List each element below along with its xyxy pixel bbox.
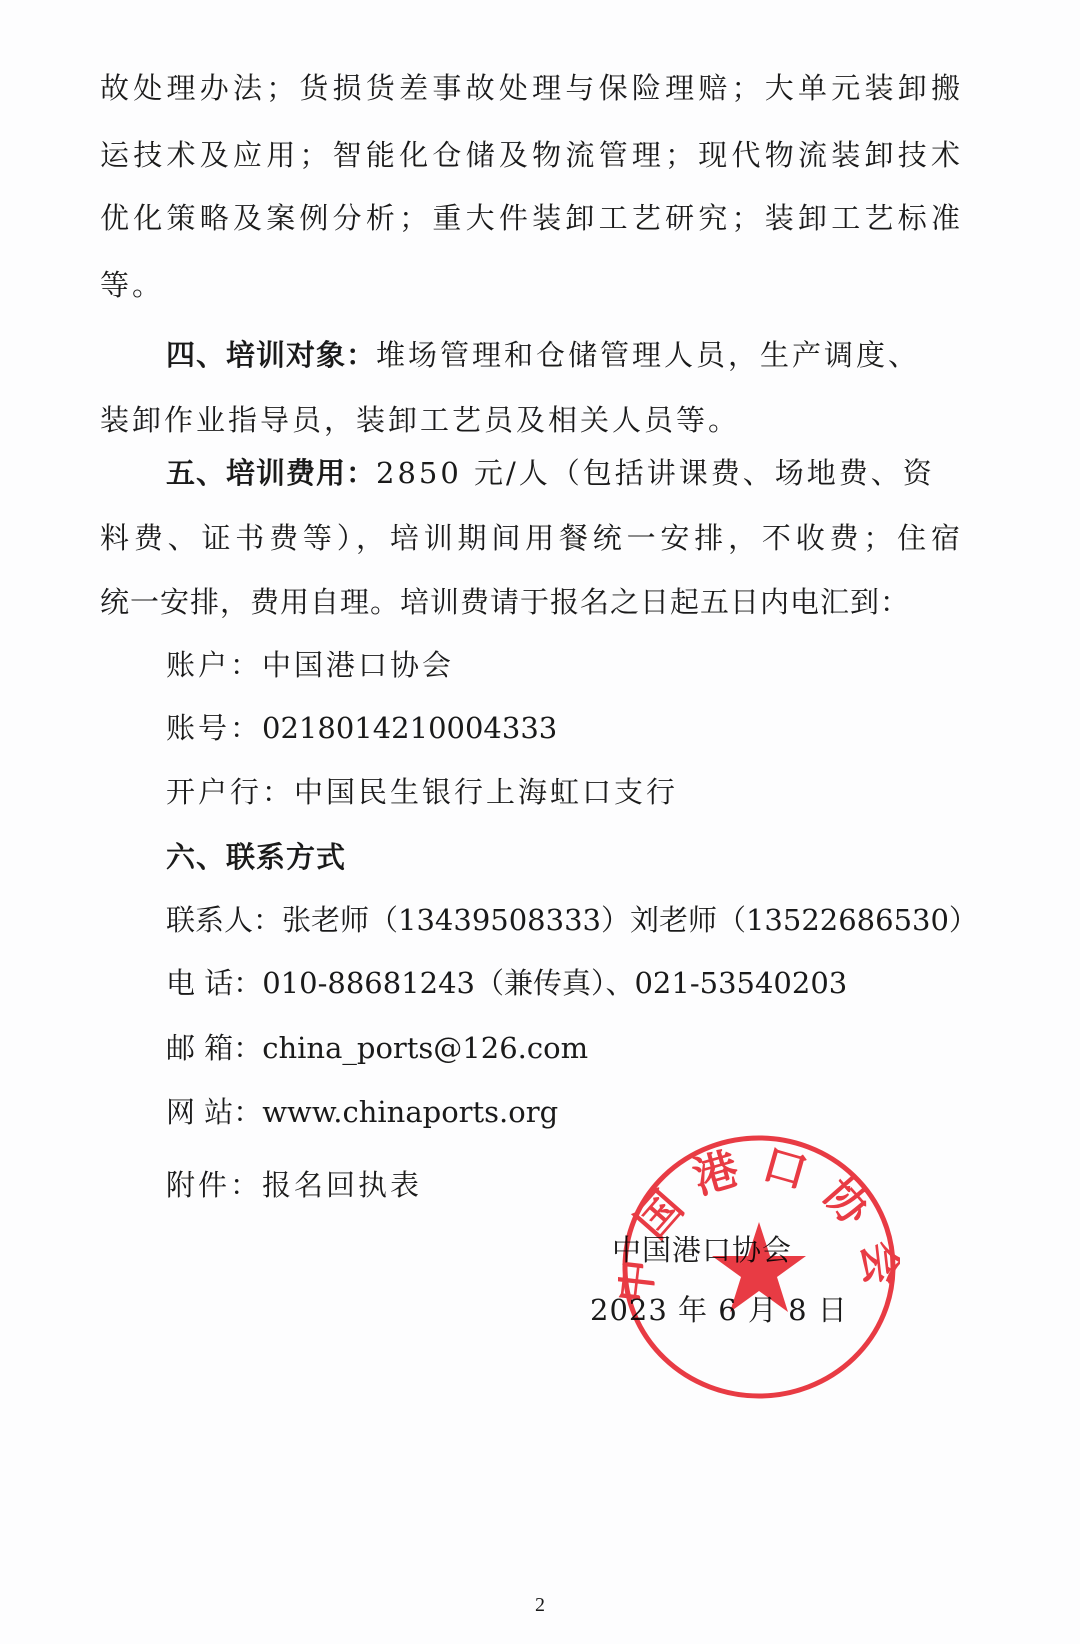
contact-phone: 电 话：010-88681243（兼传真）、021-53540203 [166,963,966,1003]
field-value: 中国民生银行上海虹口支行 [294,775,678,809]
field-label: 邮 箱： [166,1031,262,1065]
email-link[interactable]: china_ports@126.com [262,1031,588,1065]
website-link[interactable]: www.chinaports.org [262,1095,558,1129]
paragraph-line: 运技术及应用；智能化仓储及物流管理；现代物流装卸技术 [100,135,960,175]
seal-text: 中国港口协会 [618,1138,900,1305]
field-label: 账户： [166,648,262,682]
section-heading: 五、培训费用： [166,456,376,490]
paragraph-line: 料费、证书费等），培训期间用餐统一安排，不收费；住宿 [100,518,960,558]
signature-organization: 中国港口协会 [612,1230,792,1270]
section-text: 2850 元/人（包括讲课费、场地费、资 [376,456,935,490]
paragraph-line: 等。 [100,265,960,305]
paragraph-line: 故处理办法；货损货差事故处理与保险理赔；大单元装卸搬 [100,68,960,108]
field-value: 中国港口协会 [262,648,454,682]
field-value: 0218014210004333 [262,711,557,745]
field-value: 张老师（13439508333）刘老师（13522686530） [282,903,978,937]
section-training-targets: 四、培训对象：堆场管理和仓储管理人员，生产调度、 [166,335,966,375]
field-label: 账号： [166,711,262,745]
contact-website: 网 站：www.chinaports.org [166,1092,966,1132]
field-label: 电 话： [166,966,262,1000]
attachment: 附件：报名回执表 [166,1165,966,1205]
attachment-name: 报名回执表 [262,1168,422,1202]
paragraph-line: 优化策略及案例分析；重大件装卸工艺研究；装卸工艺标准 [100,198,960,238]
paragraph-line: 统一安排，费用自理。培训费请于报名之日起五日内电汇到： [100,582,960,622]
contact-email: 邮 箱：china_ports@126.com [166,1028,966,1068]
bank-account-number: 账号：0218014210004333 [166,708,966,748]
field-label: 联系人： [166,903,282,937]
field-label: 开户行： [166,775,294,809]
section-heading-contact: 六、联系方式 [166,837,966,877]
field-label: 附件： [166,1168,262,1202]
field-label: 网 站： [166,1095,262,1129]
contact-persons: 联系人：张老师（13439508333）刘老师（13522686530） [166,900,966,940]
page-number: 2 [0,1594,1080,1617]
bank-name: 开户行：中国民生银行上海虹口支行 [166,772,966,812]
signature-date: 2023 年 6 月 8 日 [590,1290,848,1330]
paragraph-line: 装卸作业指导员，装卸工艺员及相关人员等。 [100,400,960,440]
section-heading: 四、培训对象： [166,338,376,372]
section-text: 堆场管理和仓储管理人员，生产调度、 [376,338,920,372]
field-value: 010-88681243（兼传真）、021-53540203 [262,966,847,1000]
bank-account-name: 账户：中国港口协会 [166,645,966,685]
svg-text:中国港口协会: 中国港口协会 [618,1138,900,1305]
section-training-fee: 五、培训费用：2850 元/人（包括讲课费、场地费、资 [166,453,966,493]
